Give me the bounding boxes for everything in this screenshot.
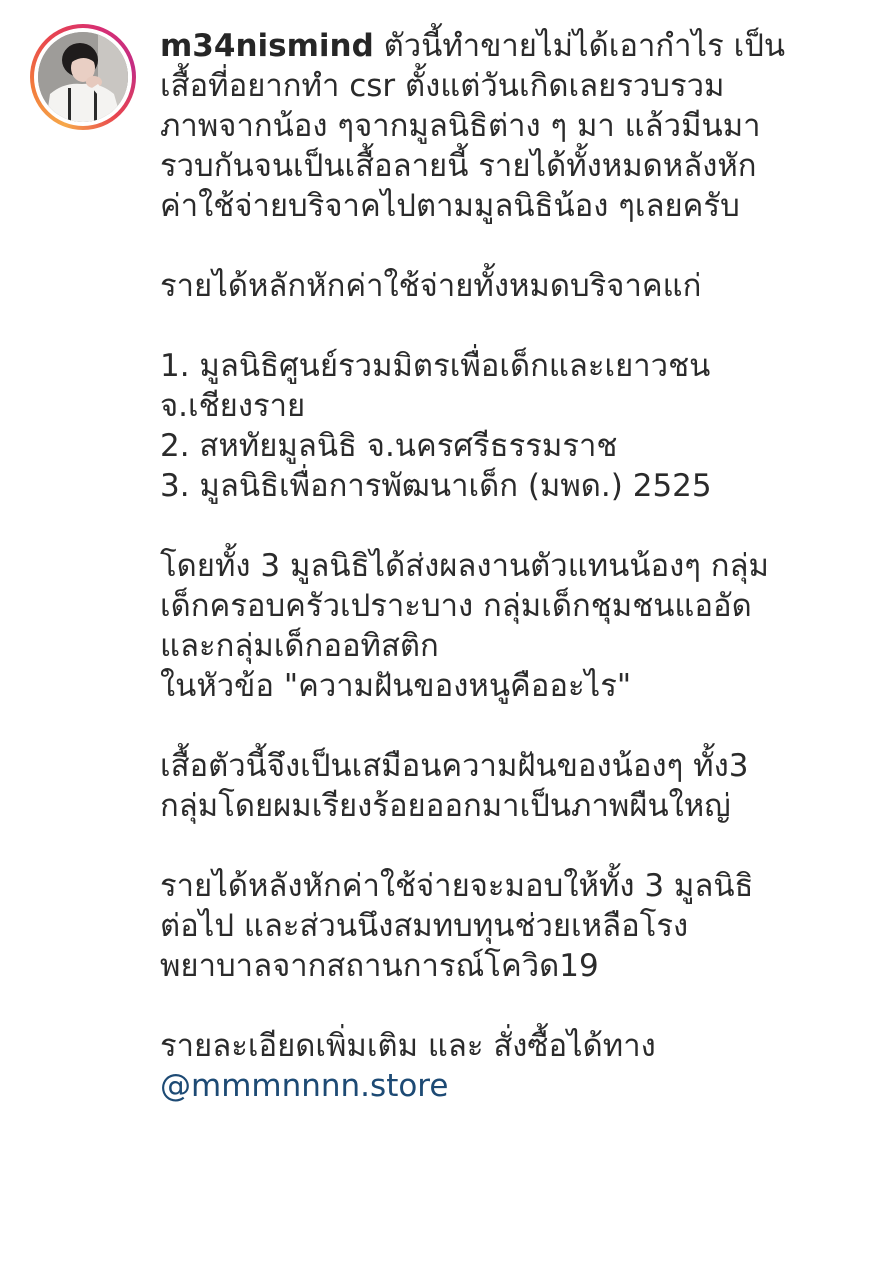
caption-line: รายได้หลักหักค่าใช้จ่ายทั้งหมดบริจาคแก่ [160, 266, 850, 306]
caption-paragraph-donation: รายได้หลักหักค่าใช้จ่ายทั้งหมดบริจาคแก่ [160, 266, 850, 306]
paragraph-spacer [160, 986, 850, 1026]
foundation-item: 3. มูลนิธิเพื่อการพัฒนาเด็ก (มพด.) 2525 [160, 466, 850, 506]
foundation-item: 2. สหทัยมูลนิธิ จ.นครศรีธรรมราช [160, 426, 850, 466]
caption-line: โดยทั้ง 3 มูลนิธิได้ส่งผลงานตัวแทนน้องๆ … [160, 546, 850, 586]
caption-line: เสื้อตัวนี้จึงเป็นเสมือนความฝันของน้องๆ … [160, 746, 850, 786]
caption-line: พยาบาลจากสถานการณ์โควิด19 [160, 946, 850, 986]
caption-line: เสื้อที่อยากทำ csr ตั้งแต่วันเกิดเลยรวบร… [160, 66, 850, 106]
avatar-ring-gap [34, 28, 132, 126]
caption-line: m34nismind ตัวนี้ทำขายไม่ได้เอากำไร เป็น [160, 26, 850, 66]
user-avatar-icon [38, 32, 128, 122]
paragraph-spacer [160, 826, 850, 866]
paragraph-spacer [160, 706, 850, 746]
instagram-caption: m34nismind ตัวนี้ทำขายไม่ได้เอากำไร เป็น… [0, 0, 887, 1269]
foundation-list: 1. มูลนิธิศูนย์รวมมิตรเพื่อเด็กและเยาวชน… [160, 346, 850, 506]
caption-paragraph-intro: m34nismind ตัวนี้ทำขายไม่ได้เอากำไร เป็น… [160, 26, 850, 226]
caption-paragraph-proceeds: รายได้หลังหักค่าใช้จ่ายจะมอบให้ทั้ง 3 มู… [160, 866, 850, 986]
caption-line: รวบกันจนเป็นเสื้อลายนี้ รายได้ทั้งหมดหลั… [160, 146, 850, 186]
username-link[interactable]: m34nismind [160, 28, 374, 64]
caption-line: กลุ่มโดยผมเรียงร้อยออกมาเป็นภาพผืนใหญ่ [160, 786, 850, 826]
caption-first-line: ตัวนี้ทำขายไม่ได้เอากำไร เป็น [384, 28, 785, 64]
caption-line: รายละเอียดเพิ่มเติม และ สั่งซื้อได้ทาง [160, 1026, 850, 1066]
store-mention-link[interactable]: @mmmnnnn.store [160, 1068, 448, 1104]
caption-line: ค่าใช้จ่ายบริจาคไปตามมูลนิธิน้อง ๆเลยครั… [160, 186, 850, 226]
foundation-item: จ.เชียงราย [160, 386, 850, 426]
paragraph-spacer [160, 506, 850, 546]
paragraph-spacer [160, 226, 850, 266]
caption-paragraph-order: รายละเอียดเพิ่มเติม และ สั่งซื้อได้ทาง @… [160, 1026, 850, 1106]
foundation-item: 1. มูลนิธิศูนย์รวมมิตรเพื่อเด็กและเยาวชน [160, 346, 850, 386]
caption-paragraph-artwork: โดยทั้ง 3 มูลนิธิได้ส่งผลงานตัวแทนน้องๆ … [160, 546, 850, 706]
caption-text: m34nismind ตัวนี้ทำขายไม่ได้เอากำไร เป็น… [160, 26, 850, 1106]
caption-line: เด็กครอบครัวเปราะบาง กลุ่มเด็กชุมชนแออัด [160, 586, 850, 626]
caption-line: และกลุ่มเด็กออทิสติก [160, 626, 850, 666]
caption-line: ภาพจากน้อง ๆจากมูลนิธิต่าง ๆ มา แล้วมีนม… [160, 106, 850, 146]
caption-line: รายได้หลังหักค่าใช้จ่ายจะมอบให้ทั้ง 3 มู… [160, 866, 850, 906]
caption-line: ต่อไป และส่วนนึงสมทบทุนช่วยเหลือโรง [160, 906, 850, 946]
caption-line: @mmmnnnn.store [160, 1066, 850, 1106]
caption-line: ในหัวข้อ "ความฝันของหนูคืออะไร" [160, 666, 850, 706]
paragraph-spacer [160, 306, 850, 346]
story-ring-avatar[interactable] [30, 24, 136, 130]
caption-paragraph-dream: เสื้อตัวนี้จึงเป็นเสมือนความฝันของน้องๆ … [160, 746, 850, 826]
